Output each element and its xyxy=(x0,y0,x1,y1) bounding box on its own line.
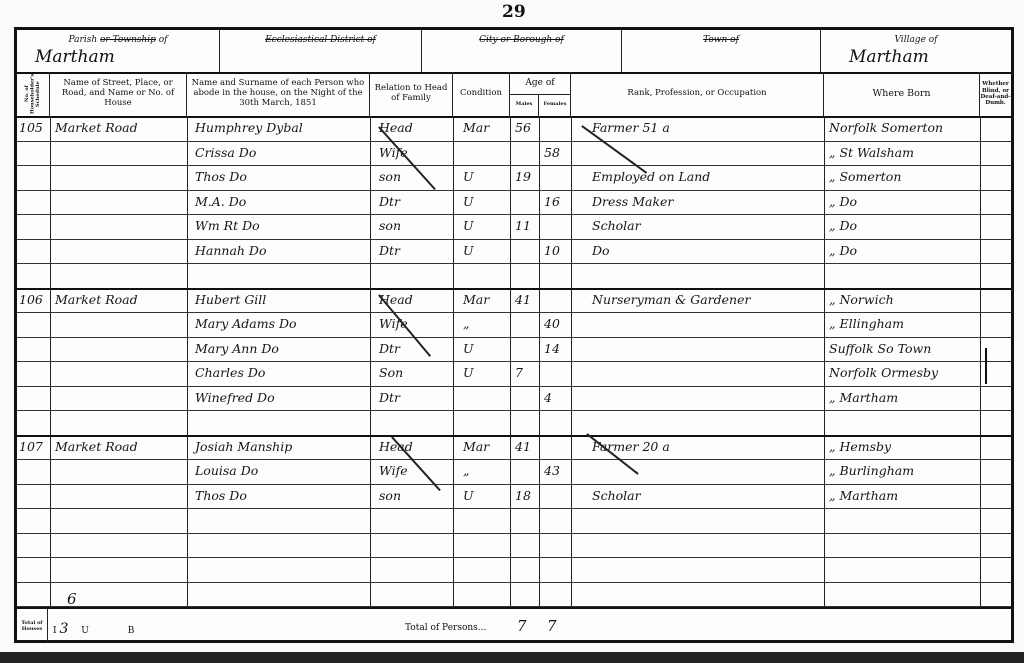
person-name: Josiah Manship xyxy=(195,437,292,457)
female-age: 10 xyxy=(544,241,560,261)
table-row xyxy=(17,410,1011,437)
where-born: „ Somerton xyxy=(829,167,901,187)
female-age: 40 xyxy=(544,314,560,334)
total-persons-label: Total of Persons... xyxy=(405,623,486,633)
female-age: 4 xyxy=(544,388,552,408)
condition: U xyxy=(463,486,474,506)
city-cell: City or Borough of xyxy=(422,30,622,72)
table-row: Mary Adams DoWife„40„ Ellingham xyxy=(17,312,1011,338)
inhabited-count: 3 xyxy=(59,621,68,637)
male-age: 56 xyxy=(515,118,531,138)
relation: Dtr xyxy=(379,388,400,408)
scan-edge xyxy=(0,652,1024,663)
person-name: Hannah Do xyxy=(195,241,266,261)
where-born: „ Hemsby xyxy=(829,437,891,457)
where-born: „ Do xyxy=(829,192,857,212)
col-where-born: Where Born xyxy=(824,72,980,116)
person-name: Mary Adams Do xyxy=(195,314,297,334)
col-age: Age of Males Females xyxy=(510,72,571,116)
col-name: Name and Surname of each Person who abod… xyxy=(187,72,370,116)
condition: Mar xyxy=(463,290,489,310)
where-born: „ Martham xyxy=(829,486,898,506)
person-name: Mary Ann Do xyxy=(195,339,279,359)
table-row: Louisa DoWife„43„ Burlingham xyxy=(17,459,1011,485)
relation: Dtr xyxy=(379,192,400,212)
table-row: Charles DoSonU7Norfolk Ormesby xyxy=(17,361,1011,387)
condition: U xyxy=(463,167,474,187)
total-houses: I 3 U B xyxy=(53,621,134,637)
table-row: M.A. DoDtrU16Dress Maker„ Do xyxy=(17,190,1011,216)
col-street: Name of Street, Place, or Road, and Name… xyxy=(50,72,187,116)
table-row: Crissa DoWife58„ St Walsham xyxy=(17,141,1011,167)
relation: Dtr xyxy=(379,339,400,359)
person-name: Charles Do xyxy=(195,363,265,383)
ecclesiastical-cell: Ecclesiastical District of xyxy=(220,30,422,72)
condition: „ xyxy=(463,314,469,334)
male-age: 11 xyxy=(515,216,531,236)
age-of-label: Age of xyxy=(510,72,570,95)
female-age: 43 xyxy=(544,461,560,481)
totals-row: Total of Houses I 3 U B Total of Persons… xyxy=(17,607,1011,642)
person-name: M.A. Do xyxy=(195,192,246,212)
col-blind-deaf: Whether Blind, or Deaf-and-Dumb. xyxy=(980,72,1011,116)
page-number: 29 xyxy=(502,2,526,22)
col-schedule: No. of Householder's Schedule xyxy=(17,72,50,116)
male-age: 7 xyxy=(515,363,523,383)
where-born: Norfolk Somerton xyxy=(829,118,943,138)
condition: „ xyxy=(463,461,469,481)
person-name: Hubert Gill xyxy=(195,290,266,310)
where-born: „ Do xyxy=(829,241,857,261)
relation: Wife xyxy=(379,461,408,481)
table-row xyxy=(17,533,1011,559)
female-age: 16 xyxy=(544,192,560,212)
parish-label-tail: of xyxy=(159,35,168,45)
female-age: 14 xyxy=(544,339,560,359)
column-headers: No. of Householder's Schedule Name of St… xyxy=(17,72,1011,118)
village-cell: Village of Martham xyxy=(821,30,1011,72)
relation: son xyxy=(379,167,401,187)
place-header: Parish or Township of Martham Ecclesiast… xyxy=(17,30,1011,74)
col-occupation: Rank, Profession, or Occupation xyxy=(571,72,824,116)
where-born: „ Norwich xyxy=(829,290,894,310)
condition: Mar xyxy=(463,437,489,457)
parish-cell: Parish or Township of Martham xyxy=(17,30,220,72)
schedule-no: 105 xyxy=(19,118,43,138)
person-name: Louisa Do xyxy=(195,461,258,481)
occupation: Do xyxy=(592,241,610,261)
village-value: Martham xyxy=(849,47,929,67)
condition: U xyxy=(463,363,474,383)
col-condition: Condition xyxy=(453,72,510,116)
condition: Mar xyxy=(463,118,489,138)
parish-label-struck: or Township xyxy=(100,35,156,45)
table-row xyxy=(17,263,1011,290)
male-age: 41 xyxy=(515,290,531,310)
where-born: „ Martham xyxy=(829,388,898,408)
town-label: Town of xyxy=(622,35,820,45)
census-sheet: Parish or Township of Martham Ecclesiast… xyxy=(14,27,1014,643)
male-age: 19 xyxy=(515,167,531,187)
table-row: 106Market RoadHubert GillHeadMar41Nurser… xyxy=(17,288,1011,314)
table-row xyxy=(17,557,1011,583)
person-name: Thos Do xyxy=(195,167,247,187)
where-born: Suffolk So Town xyxy=(829,339,931,359)
condition: U xyxy=(463,192,474,212)
table-row xyxy=(17,582,1011,608)
where-born: „ St Walsham xyxy=(829,143,914,163)
relation: son xyxy=(379,216,401,236)
occupation: Scholar xyxy=(592,486,641,506)
where-born: „ Do xyxy=(829,216,857,236)
total-houses-label: Total of Houses xyxy=(17,609,48,642)
condition: U xyxy=(463,241,474,261)
occupation: Scholar xyxy=(592,216,641,236)
schedule-no: 107 xyxy=(19,437,43,457)
table-row: Wm Rt DosonU11Scholar„ Do xyxy=(17,214,1011,240)
total-males: 7 xyxy=(517,617,527,635)
ecclesiastical-label: Ecclesiastical District of xyxy=(220,35,421,45)
person-name: Crissa Do xyxy=(195,143,256,163)
street-name: Market Road xyxy=(55,290,138,310)
street-name: Market Road xyxy=(55,118,138,138)
table-row: Hannah DoDtrU10Do„ Do xyxy=(17,239,1011,265)
schedule-no: 106 xyxy=(19,290,43,310)
where-born: Norfolk Ormesby xyxy=(829,363,938,383)
table-row: Thos DosonU19Employed on Land„ Somerton xyxy=(17,165,1011,191)
relation: son xyxy=(379,486,401,506)
condition: U xyxy=(463,339,474,359)
col-relation: Relation to Head of Family xyxy=(370,72,453,116)
parish-value: Martham xyxy=(35,47,115,67)
col-females: Females xyxy=(539,94,571,116)
city-label: City or Borough of xyxy=(422,35,621,45)
occupation: Employed on Land xyxy=(592,167,710,187)
male-age: 41 xyxy=(515,437,531,457)
village-label: Village of xyxy=(821,35,1011,45)
margin-mark: 6 xyxy=(67,590,77,608)
occupation: Nurseryman & Gardener xyxy=(592,290,750,310)
table-row: Winefred DoDtr4„ Martham xyxy=(17,386,1011,412)
where-born: „ Ellingham xyxy=(829,314,904,334)
relation: Dtr xyxy=(379,241,400,261)
person-name: Winefred Do xyxy=(195,388,275,408)
male-age: 18 xyxy=(515,486,531,506)
female-age: 58 xyxy=(544,143,560,163)
table-row: Thos DosonU18Scholar„ Martham xyxy=(17,484,1011,510)
occupation: Dress Maker xyxy=(592,192,673,212)
table-row: 105Market RoadHumphrey DybalHeadMar56Far… xyxy=(17,116,1011,142)
parish-label: Parish xyxy=(69,35,98,45)
relation: Son xyxy=(379,363,403,383)
total-females: 7 xyxy=(547,617,557,635)
table-row xyxy=(17,508,1011,534)
table-row: 107Market RoadJosiah ManshipHeadMar41Far… xyxy=(17,435,1011,461)
col-males: Males xyxy=(510,94,539,116)
street-name: Market Road xyxy=(55,437,138,457)
condition: U xyxy=(463,216,474,236)
table-row: Mary Ann DoDtrU14Suffolk So Town xyxy=(17,337,1011,363)
town-cell: Town of xyxy=(622,30,821,72)
where-born: „ Burlingham xyxy=(829,461,914,481)
relation: Head xyxy=(379,118,413,138)
person-name: Wm Rt Do xyxy=(195,216,260,236)
person-name: Humphrey Dybal xyxy=(195,118,303,138)
person-name: Thos Do xyxy=(195,486,247,506)
occupation: Farmer 51 a xyxy=(592,118,670,138)
